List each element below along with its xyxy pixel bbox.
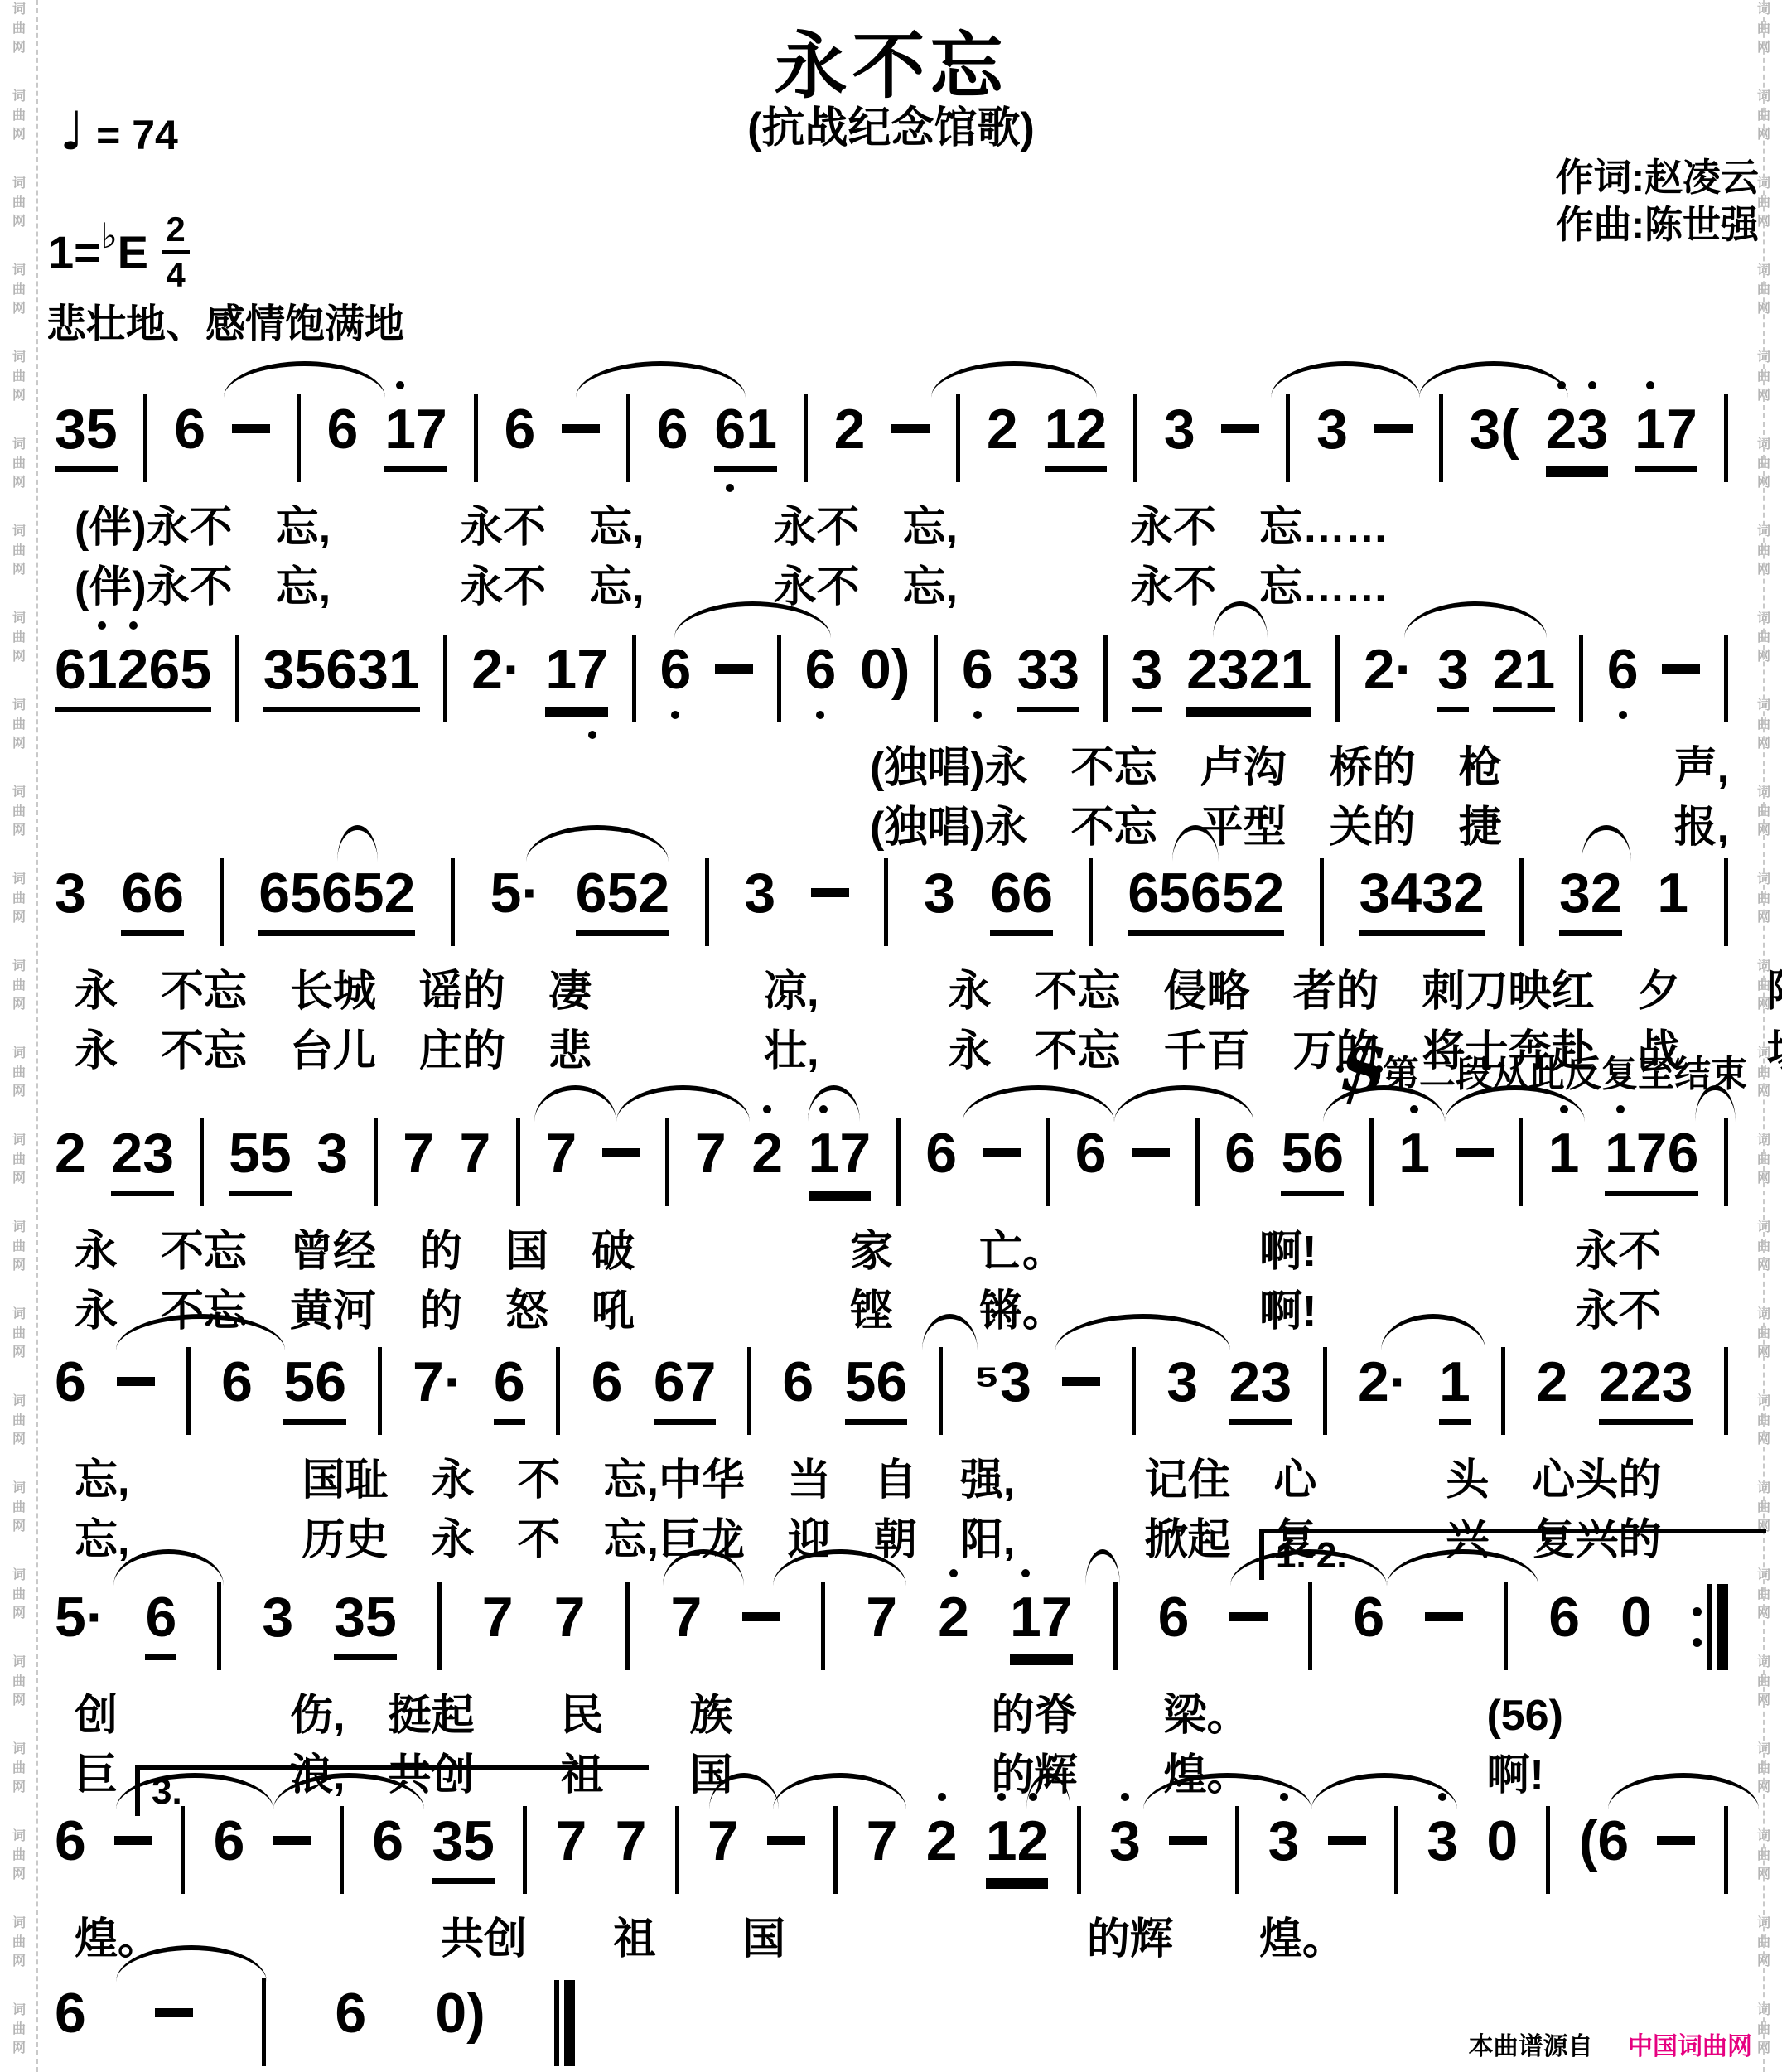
watermark-text: 词曲网 xyxy=(3,1479,35,1536)
watermark-text: 词曲网 xyxy=(3,870,35,927)
quarter-note-icon: ♩ xyxy=(60,101,85,162)
barline xyxy=(1323,1347,1327,1435)
music-system-1: 35661766612212333(2317 (伴)永不 忘, 永不 忘, 永不… xyxy=(50,396,1733,613)
watermark-text: 词曲网 xyxy=(3,261,35,318)
note-token: 3 xyxy=(1427,1808,1458,1874)
note-token: 67 xyxy=(654,1349,717,1425)
lyricist-credit: 作词:赵凌云 xyxy=(1556,154,1759,201)
note-token: 17 xyxy=(1010,1584,1073,1660)
source-brand: 中国词曲网 xyxy=(1628,2033,1752,2060)
note-token: 17 xyxy=(545,636,608,712)
slur-arc xyxy=(931,361,1097,398)
note-token: 6 xyxy=(659,636,691,703)
barline xyxy=(665,1118,669,1206)
note-token: 6 xyxy=(1353,1584,1384,1650)
barline xyxy=(705,858,709,946)
note-token: 7 xyxy=(695,1120,727,1186)
barline xyxy=(378,1347,382,1435)
note-token xyxy=(602,1148,640,1157)
note-token: 3 xyxy=(1268,1808,1300,1874)
note-token: 3 xyxy=(316,1120,348,1186)
song-subtitle: (抗战纪念馆歌) xyxy=(0,93,1782,155)
barline xyxy=(833,1806,838,1894)
note-token xyxy=(1693,1584,1728,1670)
lyrics-line: 忘, 国耻 永 不 忘,中华 当 自 强, 记住 心 头 心头的 xyxy=(50,1455,1733,1506)
barline xyxy=(804,394,808,482)
note-token: 6 xyxy=(327,396,359,462)
notation-line: 660) xyxy=(50,1980,580,2072)
slur-arcs xyxy=(50,358,1733,396)
note-token: 6 xyxy=(1607,636,1639,703)
note-token: 0 xyxy=(1486,1808,1518,1874)
barline xyxy=(1308,1582,1312,1670)
barline xyxy=(1724,394,1728,482)
watermark-text: 词曲网 xyxy=(3,957,35,1014)
barline xyxy=(297,394,301,482)
key-letter: E xyxy=(118,225,148,279)
barline xyxy=(523,1806,527,1894)
barline xyxy=(821,1582,825,1670)
note-token: 35 xyxy=(432,1808,495,1884)
note-token: 2· xyxy=(1364,636,1413,703)
lyrics-line: 永 不忘 黄河 的 怒 吼 铿 锵。 啊! 永不 xyxy=(50,1286,1733,1337)
barline xyxy=(1519,858,1524,946)
segno-text: 第二段从此反复至结束 xyxy=(1383,1044,1747,1097)
note-token xyxy=(1328,1836,1366,1845)
note-token: 0 xyxy=(1620,1584,1652,1650)
tempo-value: 74 xyxy=(132,112,178,158)
slur-arc xyxy=(616,1085,750,1122)
barline xyxy=(1103,635,1108,722)
note-token: ⁵3 xyxy=(973,1349,1031,1415)
note-token: 7 xyxy=(670,1584,702,1650)
note-token: 6 xyxy=(504,396,535,462)
barline xyxy=(1546,1806,1550,1894)
source-attribution: 本曲谱源自 中国词曲网 xyxy=(1469,2026,1752,2062)
note-token xyxy=(1221,424,1259,433)
note-token xyxy=(891,424,930,433)
note-token: 6 xyxy=(962,636,993,703)
note-token: 7 xyxy=(460,1120,491,1186)
notation-line: 366656525·6523366656523432321 xyxy=(50,860,1733,958)
watermark-text: 词曲网 xyxy=(3,1218,35,1275)
barline xyxy=(1504,1582,1508,1670)
note-token: 6 xyxy=(55,1808,86,1874)
credits: 作词:赵凌云 作曲:陈世强 xyxy=(1556,154,1759,249)
time-bottom: 4 xyxy=(166,258,185,292)
note-token: 0) xyxy=(435,1980,485,2046)
note-token: 1 xyxy=(1398,1120,1430,1186)
watermark-text: 词曲网 xyxy=(3,696,35,753)
note-token: 3 xyxy=(262,1584,293,1650)
tempo-equals: = xyxy=(96,112,120,158)
note-token: 3 xyxy=(55,860,86,926)
barline xyxy=(934,635,938,722)
barline xyxy=(896,1118,901,1206)
barline xyxy=(200,1118,204,1206)
note-token: 61265 xyxy=(55,636,211,712)
watermark-text: 词曲网 xyxy=(3,1131,35,1188)
lyrics-line: (独唱)永 不忘 卢沟 桥的 枪 声, xyxy=(50,742,1733,794)
barline xyxy=(437,1582,442,1670)
watermark-text: 词曲网 xyxy=(3,1392,35,1449)
expression-marking: 悲壮地、感情饱满地 xyxy=(46,292,404,349)
note-token: 65652 xyxy=(1128,860,1284,936)
segno-instruction: S 第二段从此反复至结束 xyxy=(1341,1037,1747,1104)
note-token: 6 xyxy=(782,1349,814,1415)
watermark-text: 词曲网 xyxy=(3,1305,35,1362)
note-token: 32 xyxy=(1559,860,1622,936)
note-token: (6 xyxy=(1579,1808,1629,1874)
note-token: 1 xyxy=(1439,1349,1471,1425)
barline xyxy=(556,1347,560,1435)
note-token xyxy=(742,1612,780,1621)
barline xyxy=(1724,1118,1728,1206)
barline xyxy=(1724,1806,1728,1894)
source-prefix: 本曲谱源自 xyxy=(1469,2033,1593,2060)
note-token: 33 xyxy=(1017,636,1079,712)
note-token: 23 xyxy=(111,1120,174,1196)
note-token xyxy=(983,1148,1021,1157)
notation-line: 66567·6667656⁵33232·12223 xyxy=(50,1349,1733,1447)
note-token: 6 xyxy=(1075,1120,1107,1186)
barline xyxy=(1501,1347,1505,1435)
note-token xyxy=(117,1377,155,1386)
watermark-text: 词曲网 xyxy=(3,1827,35,1884)
music-system-7: 6663577772123330(6 煌。 共创 祖 国 的辉 煌。 xyxy=(50,1808,1733,1965)
note-token: 6 xyxy=(592,1349,623,1415)
lyrics-line: 煌。 共创 祖 国 的辉 煌。 xyxy=(50,1914,1733,1965)
barline xyxy=(747,1347,751,1435)
note-token: 6 xyxy=(1224,1120,1256,1186)
note-token: 176 xyxy=(1605,1120,1698,1196)
note-token: 23 xyxy=(1546,396,1609,472)
sheet-music-page: 词曲网词曲网词曲网词曲网词曲网词曲网词曲网词曲网词曲网词曲网词曲网词曲网词曲网词… xyxy=(0,0,1782,2072)
volta-bracket-3: 3. xyxy=(135,1765,649,1816)
note-token: 1 xyxy=(1657,860,1688,926)
note-token: 2 xyxy=(987,396,1018,462)
watermark-text: 词曲网 xyxy=(3,348,35,405)
barline xyxy=(1320,858,1324,946)
watermark-text: 词曲网 xyxy=(3,783,35,840)
barline xyxy=(340,1806,344,1894)
note-token: 66 xyxy=(990,860,1053,936)
note-token xyxy=(1456,1148,1494,1157)
note-token xyxy=(1374,424,1413,433)
barline xyxy=(956,394,960,482)
note-token: 66 xyxy=(121,860,184,936)
barline xyxy=(1077,1806,1081,1894)
barline xyxy=(1724,1347,1728,1435)
note-token: 12 xyxy=(986,1808,1049,1884)
key-signature: 1=♭E 2 4 xyxy=(48,212,190,292)
note-token xyxy=(715,664,753,674)
note-token xyxy=(1657,1836,1695,1845)
barline xyxy=(1113,1582,1118,1670)
note-token: 35 xyxy=(334,1584,397,1660)
note-token: 3 xyxy=(1316,396,1348,462)
barline xyxy=(451,858,455,946)
barline xyxy=(186,1347,191,1435)
note-token: 2 xyxy=(1537,1349,1568,1415)
note-token: 6 xyxy=(657,396,688,462)
note-token: 7 xyxy=(867,1808,898,1874)
note-token: 23 xyxy=(1229,1349,1292,1425)
note-token: 7· xyxy=(413,1349,462,1415)
barline xyxy=(1335,635,1340,722)
note-token: 21 xyxy=(1493,636,1556,712)
barline xyxy=(1519,1118,1523,1206)
note-token: 6 xyxy=(1158,1584,1190,1650)
note-token: 3 xyxy=(924,860,955,926)
volta-bracket-1-2: 1. 2. xyxy=(1259,1529,1766,1580)
note-token: 3 xyxy=(1164,396,1195,462)
barline xyxy=(1579,635,1583,722)
barline xyxy=(374,1118,378,1206)
note-token: 6 xyxy=(55,1349,86,1415)
note-token: 2 xyxy=(926,1808,958,1874)
segno-icon: S xyxy=(1341,1037,1378,1104)
barline xyxy=(777,635,781,722)
note-token: 7 xyxy=(482,1584,514,1650)
note-token: 6 xyxy=(145,1584,176,1660)
lyrics-line: 永 不忘 曾经 的 国 破 家 亡。 啊! 永不 xyxy=(50,1226,1733,1277)
slur-arc xyxy=(224,361,385,398)
time-signature: 2 4 xyxy=(162,212,190,292)
note-token xyxy=(114,1836,152,1845)
barline xyxy=(626,394,630,482)
lyrics-line: 永 不忘 长城 谣的 凄 凉, 永 不忘 侵略 者的 刺刀映红 夕 阳, xyxy=(50,966,1733,1017)
note-token xyxy=(1229,1612,1268,1621)
barline xyxy=(1724,858,1728,946)
barline xyxy=(1394,1806,1398,1894)
barline xyxy=(235,635,239,722)
watermark-text: 词曲网 xyxy=(3,1566,35,1623)
note-token xyxy=(155,2008,193,2017)
barline xyxy=(217,1582,221,1670)
tempo-marking: ♩ = 74 xyxy=(60,101,178,162)
barline xyxy=(1195,1118,1200,1206)
note-token: 6 xyxy=(372,1808,403,1874)
note-token xyxy=(1169,1836,1207,1845)
note-token: 56 xyxy=(845,1349,908,1425)
slur-arc xyxy=(534,1085,616,1122)
note-token: 7 xyxy=(866,1584,897,1650)
note-token: 0) xyxy=(860,636,910,703)
barline xyxy=(443,635,447,722)
note-token: 5· xyxy=(490,860,540,926)
note-token: 3432 xyxy=(1359,860,1485,936)
watermark-text: 词曲网 xyxy=(3,1914,35,1971)
note-token: 6 xyxy=(174,396,205,462)
notation-line: 22355377772176665611176 xyxy=(50,1120,1733,1218)
note-token xyxy=(811,888,849,897)
note-token: 3 xyxy=(1109,1808,1141,1874)
note-token: 7 xyxy=(556,1808,587,1874)
watermark-text: 词曲网 xyxy=(3,435,35,492)
barline xyxy=(1089,858,1093,946)
note-token: 61 xyxy=(714,396,777,472)
note-token: 3( xyxy=(1469,396,1519,462)
slur-arc xyxy=(963,1085,1114,1122)
music-system-2: 61265356312·17660)633323212·3216 (独唱)永 不… xyxy=(50,636,1733,853)
barline xyxy=(1439,394,1443,482)
watermark-text: 词曲网 xyxy=(3,1653,35,1710)
note-token: 6 xyxy=(925,1120,957,1186)
flat-icon: ♭ xyxy=(101,215,118,256)
barline xyxy=(516,1118,520,1206)
barline xyxy=(675,1806,679,1894)
note-token: 6 xyxy=(55,1980,86,2046)
note-token xyxy=(273,1836,311,1845)
note-token: 17 xyxy=(809,1120,872,1196)
note-token: 223 xyxy=(1599,1349,1693,1425)
note-token: 5· xyxy=(55,1584,104,1650)
notation-line: 35661766612212333(2317 xyxy=(50,396,1733,494)
note-token: 2321 xyxy=(1186,636,1311,712)
note-token xyxy=(562,424,600,433)
notation-line: 5·633577772176660 xyxy=(50,1584,1733,1682)
notation-line: 61265356312·17660)633323212·3216 xyxy=(50,636,1733,734)
watermark-text: 词曲网 xyxy=(3,1044,35,1101)
key-prefix: 1= xyxy=(48,225,101,279)
barline xyxy=(143,394,147,482)
barline xyxy=(1369,1118,1374,1206)
note-token: 2· xyxy=(471,636,521,703)
note-token: 12 xyxy=(1045,396,1108,472)
note-token: 2 xyxy=(55,1120,86,1186)
note-token: 6 xyxy=(1548,1584,1580,1650)
lyrics-line: (独唱)永 不忘 平型 关的 捷 报, xyxy=(50,802,1733,853)
watermark-text: 词曲网 xyxy=(3,522,35,579)
note-token: 7 xyxy=(554,1584,586,1650)
note-token xyxy=(232,424,270,433)
note-token: 55 xyxy=(229,1120,292,1196)
watermark-text: 词曲网 xyxy=(3,2001,35,2058)
music-system-4: 22355377772176665611176 永 不忘 曾经 的 国 破 家 … xyxy=(50,1120,1733,1337)
note-token: 3 xyxy=(1132,636,1163,712)
time-top: 2 xyxy=(166,212,185,247)
watermark-strip-left: 词曲网词曲网词曲网词曲网词曲网词曲网词曲网词曲网词曲网词曲网词曲网词曲网词曲网词… xyxy=(3,0,35,2072)
barline xyxy=(181,1806,185,1894)
lyrics-line: (伴)永不 忘, 永不 忘, 永不 忘, 永不 忘…… xyxy=(50,502,1733,553)
watermark-text: 词曲网 xyxy=(3,609,35,666)
barline xyxy=(474,394,478,482)
note-token: 2 xyxy=(938,1584,969,1650)
note-token: 7 xyxy=(707,1808,739,1874)
note-token: 3 xyxy=(744,860,775,926)
notation-line: 6663577772123330(6 xyxy=(50,1808,1733,1905)
note-token: 6 xyxy=(221,1349,253,1415)
watermark-text: 词曲网 xyxy=(3,1740,35,1797)
note-token: 35631 xyxy=(263,636,420,712)
lyrics-line: 创 伤, 挺起 民 族 的脊 梁。 (56) xyxy=(50,1690,1733,1741)
barline xyxy=(1235,1806,1239,1894)
note-token: 2 xyxy=(834,396,866,462)
barline xyxy=(939,1347,943,1435)
composer-credit: 作曲:陈世强 xyxy=(1556,201,1759,249)
note-token: 652 xyxy=(576,860,669,936)
slur-arc xyxy=(1271,361,1420,398)
music-system-8: 660) xyxy=(50,1980,580,2072)
barline xyxy=(1133,394,1137,482)
barline xyxy=(1724,635,1728,722)
slur-arc xyxy=(1114,1085,1253,1122)
note-token xyxy=(1662,664,1700,674)
fraction-bar xyxy=(162,250,190,254)
note-token: 56 xyxy=(1281,1120,1344,1196)
barline xyxy=(220,858,224,946)
note-token: 65652 xyxy=(258,860,415,936)
note-token xyxy=(767,1836,805,1845)
note-token: 3 xyxy=(1437,636,1469,712)
watermark-text: 词曲网 xyxy=(3,174,35,231)
note-token: 7 xyxy=(403,1120,434,1186)
slur-arc xyxy=(1419,361,1568,398)
note-token: 17 xyxy=(384,396,447,472)
note-token: 6 xyxy=(214,1808,245,1874)
note-token: 6 xyxy=(335,1980,366,2046)
slur-arc xyxy=(576,361,746,398)
note-token: 17 xyxy=(1635,396,1697,472)
note-token xyxy=(1132,1148,1170,1157)
note-token: 6 xyxy=(804,636,836,703)
note-token: 56 xyxy=(283,1349,346,1425)
note-token: 6 xyxy=(494,1349,525,1425)
dashed-edge-line xyxy=(36,0,38,2072)
barline xyxy=(625,1582,630,1670)
slur-arc xyxy=(808,1085,860,1122)
note-token: 7 xyxy=(616,1808,647,1874)
barline xyxy=(262,1978,266,2066)
note-token: 3 xyxy=(1166,1349,1198,1415)
barline xyxy=(884,858,888,946)
note-token: 2· xyxy=(1358,1349,1408,1415)
barline xyxy=(1132,1347,1136,1435)
note-token: 2 xyxy=(751,1120,783,1186)
barline xyxy=(1286,394,1290,482)
note-token: 1 xyxy=(1548,1120,1580,1186)
note-token: 35 xyxy=(55,396,118,472)
note-token xyxy=(1062,1377,1100,1386)
barline xyxy=(632,635,636,722)
barline xyxy=(1046,1118,1050,1206)
note-token: 7 xyxy=(545,1120,577,1186)
note-token xyxy=(554,1980,575,2066)
lyrics-line: (伴)永不 忘, 永不 忘, 永不 忘, 永不 忘…… xyxy=(50,562,1733,613)
note-token xyxy=(1425,1612,1463,1621)
